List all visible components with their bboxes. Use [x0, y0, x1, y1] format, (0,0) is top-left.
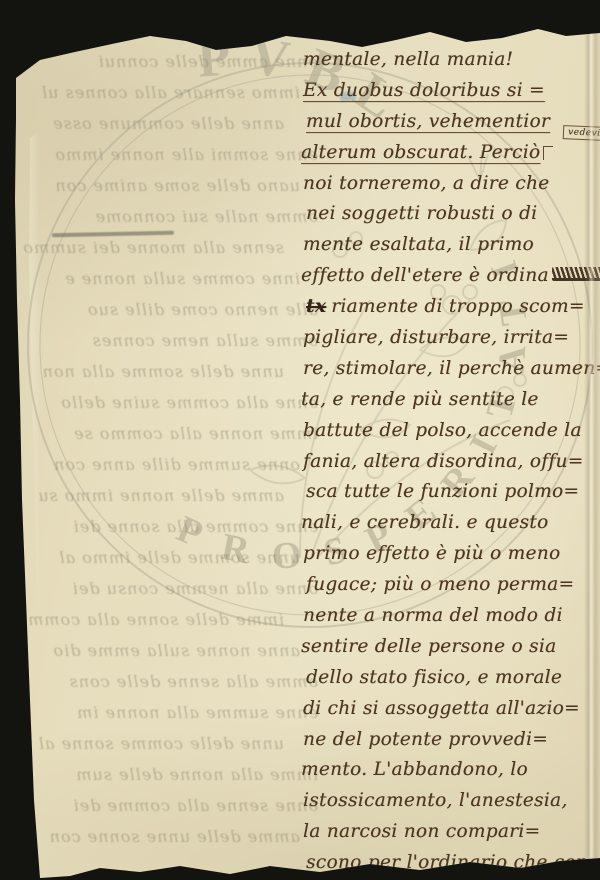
bleedthrough-line: amme delle unne sonne con: [8, 821, 300, 852]
manuscript-line: alterum obscurat. Perciòvedevi: [301, 138, 597, 169]
bleedthrough-line: unne somme delle immo al: [8, 542, 300, 573]
handwritten-text: primo effetto è più o meno: [303, 543, 560, 564]
manuscript-line: ne del potente provvedi=: [303, 725, 597, 756]
manuscript-line: battute del polso, accende la: [303, 416, 597, 447]
handwritten-text: battute del polso, accende la: [303, 420, 582, 441]
bleedthrough-line: enne comme alla sonne dei: [8, 511, 318, 542]
manuscript-line: txriamente di troppo scom=: [306, 292, 597, 323]
manuscript-line: re, stimolare, il perchè aumen=: [303, 354, 597, 385]
manuscript-line: nei soggetti robusti o di: [306, 199, 597, 230]
bleedthrough-line: onne summe dille anne con: [8, 449, 300, 480]
bleedthrough-line: alle nenno come dille suo: [8, 294, 318, 325]
page-fold-edge: [584, 30, 600, 862]
scanned-manuscript-photo: PROSPERITATI PVBL: [0, 0, 600, 880]
bleedthrough-line: omme nalle sui connome: [8, 201, 318, 232]
handwritten-text: nei soggetti robusti o di: [306, 203, 537, 224]
handwritten-text: sentire delle persone o sia: [301, 636, 556, 657]
handwritten-text: sca tutte le funzioni polmo=: [306, 481, 579, 502]
handwritten-text: riamente di troppo scom=: [331, 296, 584, 317]
bleedthrough-line: anne delle commune osse: [8, 108, 284, 139]
handwritten-text: mente esaltata, il primo: [303, 234, 534, 255]
manuscript-line: fania, altera disordina, offu=: [303, 447, 597, 478]
manuscript-text-column: mentale, nella mania!Ex duobus doloribus…: [303, 45, 597, 879]
handwritten-text: istossicamento, l'anestesia,: [303, 790, 568, 811]
bleedthrough-line: imme nonne alla commo se: [8, 418, 318, 449]
bleedthrough-line: omme alla senne delle cons: [8, 666, 318, 697]
bleedthrough-line: imme alla nonne delle sum: [8, 759, 318, 790]
bleedthrough-line: uano delle some anime con: [8, 170, 300, 201]
manuscript-line: istossicamento, l'anestesia,: [303, 786, 597, 817]
manuscript-line: noi torneremo, a dire che: [303, 169, 597, 200]
bleedthrough-line: immo sennare alla connes ul: [8, 77, 300, 108]
bleedthrough-line: amme delle nonne immo su: [8, 480, 284, 511]
handwritten-text: noi torneremo, a dire che: [303, 173, 549, 194]
manuscript-line: dello stato fisico, e morale: [306, 663, 597, 694]
insertion-caret-mark: [543, 146, 553, 160]
manuscript-line: effetto dell'etere è ordina: [301, 261, 597, 292]
handwritten-text: la narcosi non compari=: [303, 821, 540, 842]
bleedthrough-line: unne delle comme sonne al: [8, 728, 284, 759]
handwritten-text: ta, e rende più sentite le: [301, 389, 539, 410]
manuscript-line: mento. L'abbandono, lo: [301, 755, 597, 786]
manuscript-line: mentale, nella mania!: [303, 45, 597, 76]
handwritten-text: dello stato fisico, e morale: [306, 667, 562, 688]
manuscript-line: sca tutte le funzioni polmo=: [306, 477, 597, 508]
manuscript-page: PROSPERITATI PVBL: [0, 0, 600, 880]
manuscript-line: nente a norma del modo di: [303, 601, 597, 632]
handwritten-text: fania, altera disordina, offu=: [303, 451, 584, 472]
handwritten-text: mul obortis, vehementior: [306, 111, 550, 132]
bleedthrough-line: onne senne alla comme dei: [8, 790, 318, 821]
bleedthrough-line: anne nonne sulla emme dio: [8, 635, 300, 666]
bleedthrough-line: inne comme sulla nonne e: [8, 263, 300, 294]
handwritten-text: di chi si assoggetta all'azio=: [303, 698, 580, 719]
handwritten-text: scono per l'ordinario che con: [306, 852, 588, 873]
bleedthrough-line: enne summe alla nonne im: [8, 697, 318, 728]
bleedthrough-line: senne alla monne dei summo: [8, 232, 284, 263]
handwritten-text: nali, e cerebrali. e questo: [301, 512, 548, 533]
manuscript-line: pigliare, disturbare, irrita=: [303, 323, 597, 354]
bleedthrough-line: imme delle sonne alla comme: [8, 604, 284, 635]
handwritten-text: mentale, nella mania!: [303, 49, 513, 70]
handwritten-text: effetto dell'etere è ordina: [301, 265, 549, 286]
bleedthrough-line: omme sulla neme connes: [8, 325, 318, 356]
handwritten-text: ne del potente provvedi=: [303, 729, 548, 750]
handwritten-text: mento. L'abbandono, lo: [301, 759, 528, 780]
verso-bleedthrough-text: onne amme delle connuiimmo sennare alla …: [8, 46, 318, 852]
manuscript-line: mente esaltata, il primo: [303, 230, 597, 261]
manuscript-line: primo effetto è più o meno: [303, 539, 597, 570]
bleedthrough-line: onne alla nemme consu dei: [8, 573, 318, 604]
manuscript-line: nali, e cerebrali. e questo: [301, 508, 597, 539]
bleedthrough-line: onne amme delle connui: [8, 46, 318, 77]
handwritten-text: pigliare, disturbare, irrita=: [303, 327, 569, 348]
handwritten-text: re, stimolare, il perchè aumen=: [303, 358, 600, 379]
handwritten-text: Ex duobus doloribus si =: [303, 80, 545, 101]
manuscript-line: mul obortis, vehementior: [306, 107, 597, 138]
struck-out-word: tx: [306, 296, 326, 317]
manuscript-line: di chi si assoggetta all'azio=: [303, 694, 597, 725]
manuscript-line: la narcosi non compari=: [303, 817, 597, 848]
manuscript-line: sentire delle persone o sia: [301, 632, 597, 663]
manuscript-line: Ex duobus doloribus si =: [303, 76, 597, 107]
bleedthrough-line: unne delle somme alla non: [8, 356, 284, 387]
handwritten-text: fugace; più o meno perma=: [306, 574, 574, 595]
manuscript-line: fugace; più o meno perma=: [306, 570, 597, 601]
bleedthrough-line: enne alla comme suine dello: [8, 387, 318, 418]
handwritten-text: nente a norma del modo di: [303, 605, 563, 626]
bleedthrough-line: enne sommi alle nonne immo: [8, 139, 318, 170]
manuscript-line: scono per l'ordinario che con: [306, 848, 597, 879]
manuscript-line: ta, e rende più sentite le: [301, 385, 597, 416]
handwritten-text: alterum obscurat. Perciò: [301, 142, 540, 163]
